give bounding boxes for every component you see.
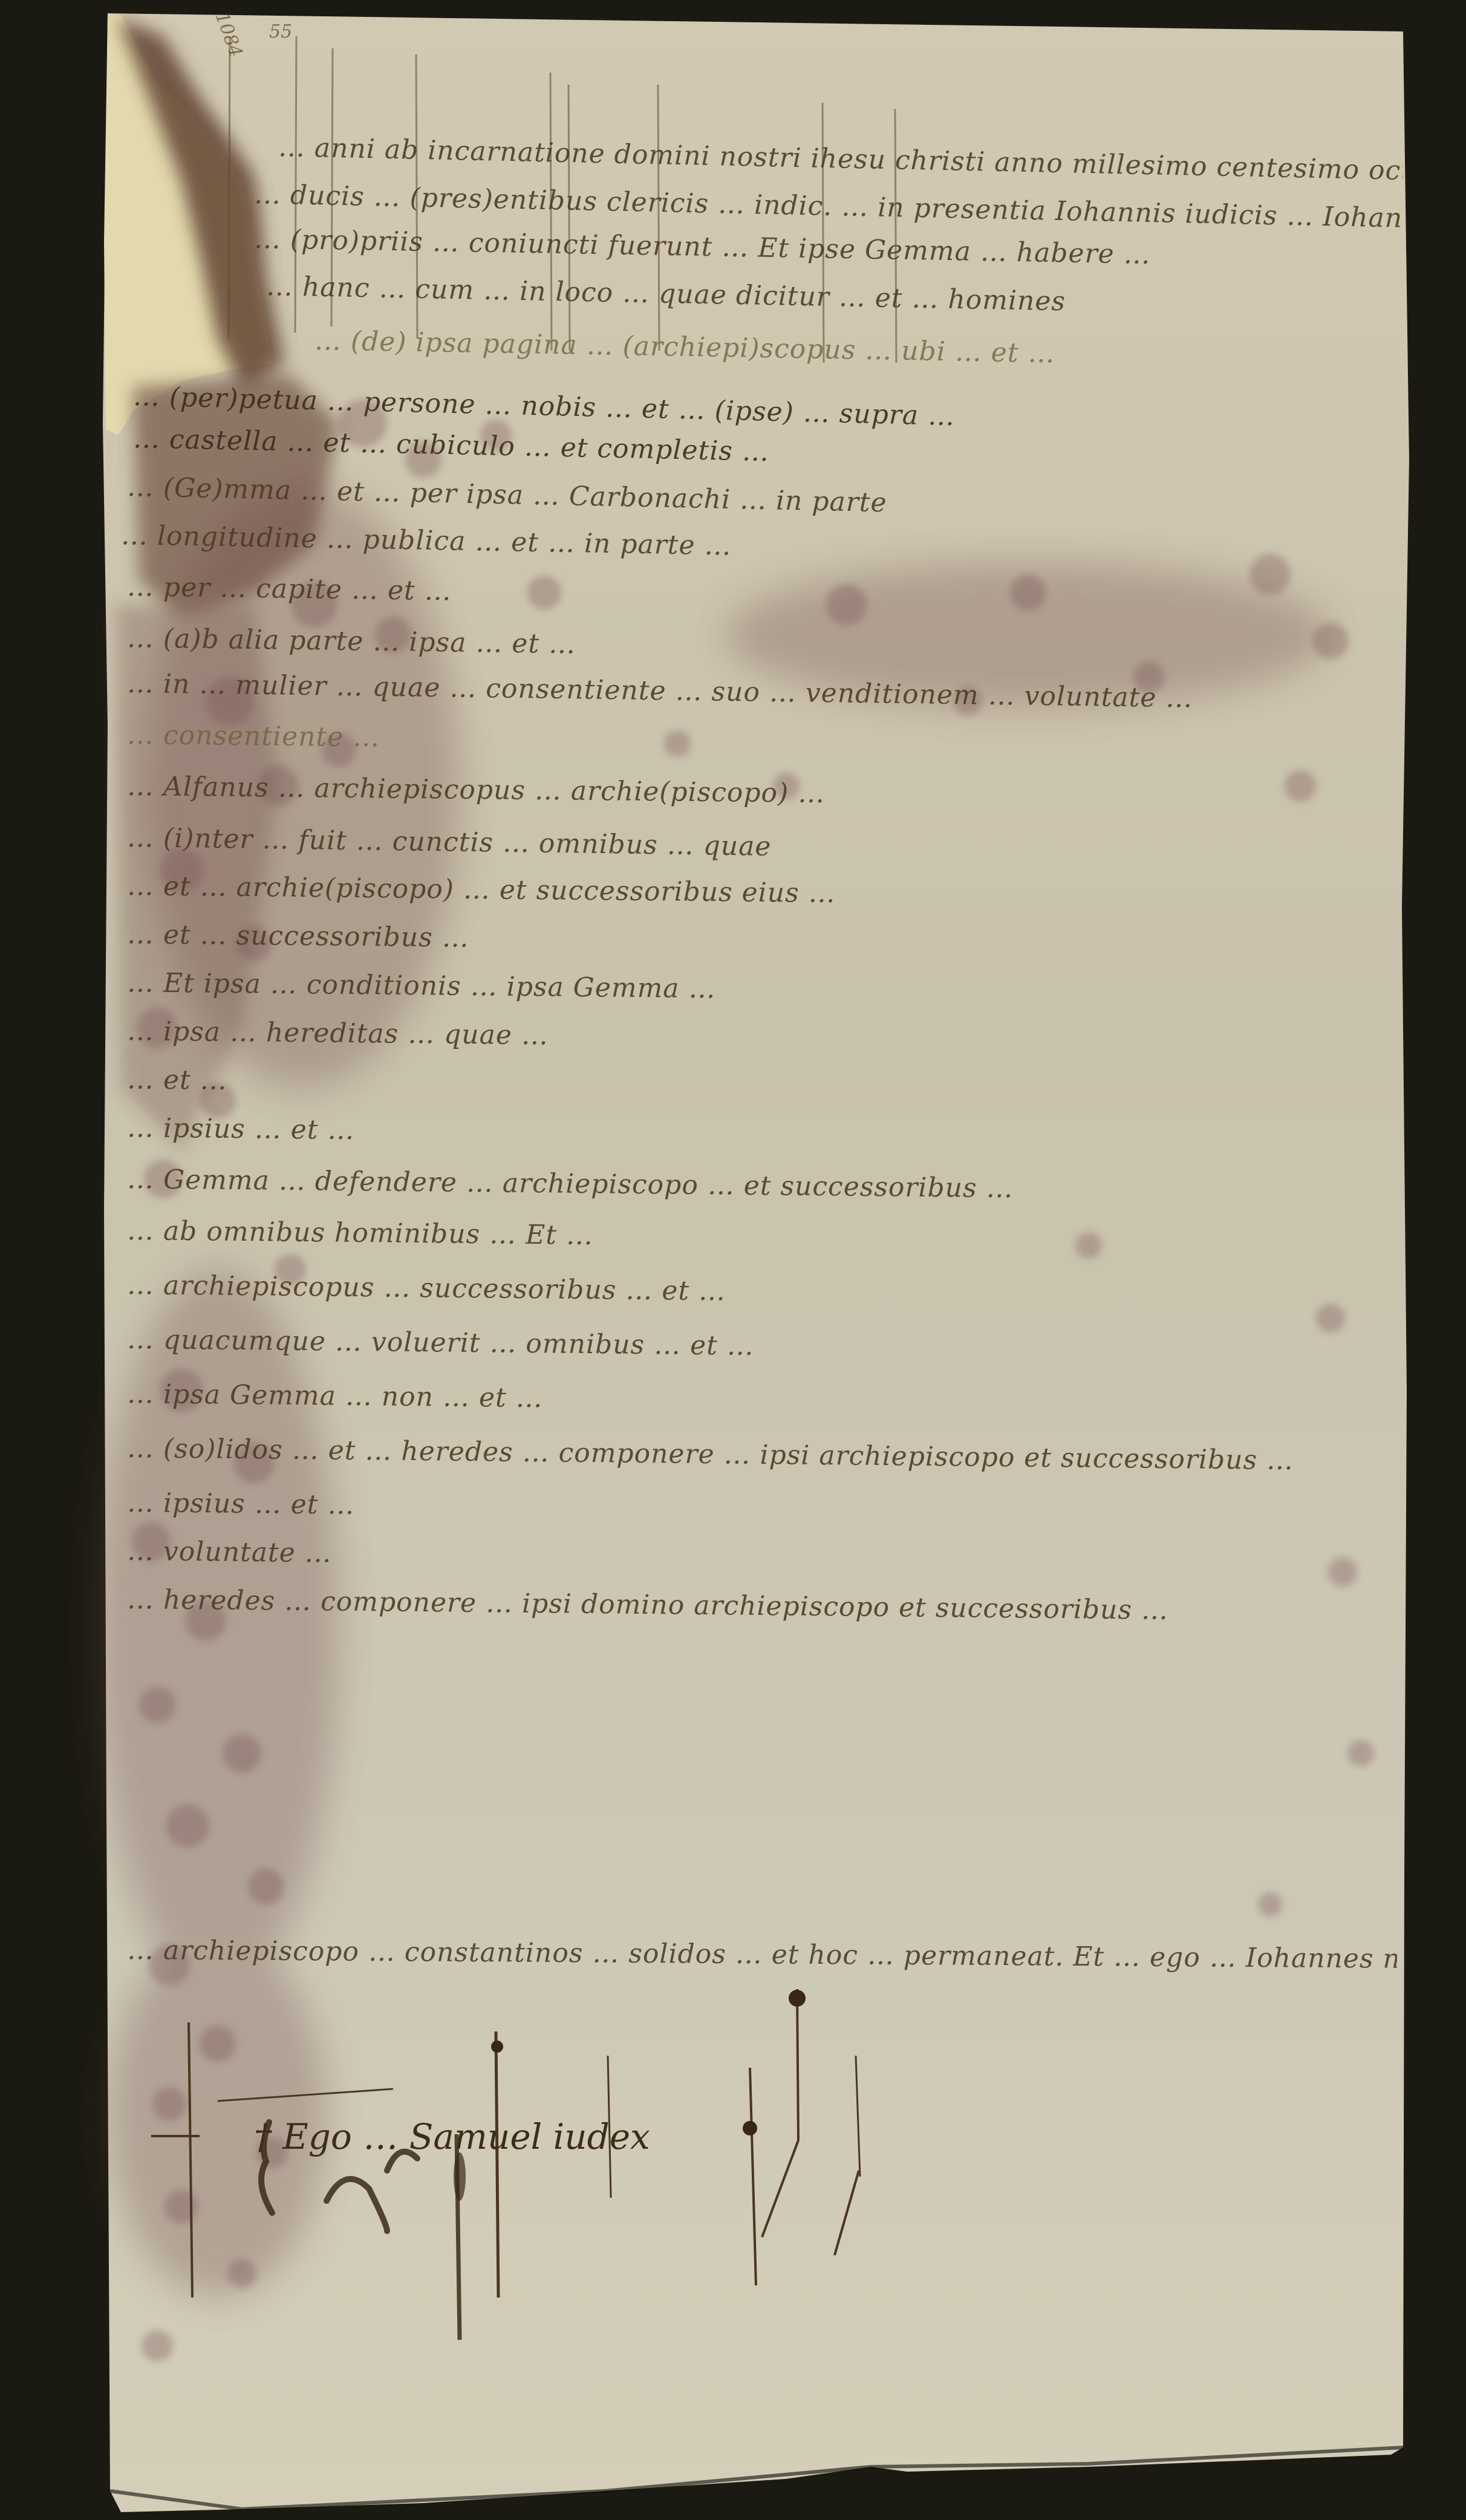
text-line: … ab omnibus hominibus … Et … — [127, 1215, 1397, 1259]
text-line: … ipsius … et … — [127, 1112, 1397, 1157]
text-line: … ipsius … et … — [127, 1487, 1397, 1531]
text-line: … longitudine … publica … et … in parte … — [121, 520, 1398, 573]
text-line: … ipsa Gemma … non … et … — [127, 1379, 1397, 1423]
text-line: … hanc … cum … in loco … quae dicitur … … — [266, 271, 1404, 323]
text-line: … ducis … (pres)entibus clericis … indic… — [253, 179, 1403, 234]
text-line: … consentiente … — [127, 719, 1397, 764]
text-line: … et … successoribus … — [127, 919, 1397, 963]
text-line: … voluntate … — [127, 1536, 1397, 1580]
text-line: … quacumque … voluerit … omnibus … et … — [127, 1324, 1397, 1368]
text-line: … per … capite … et … — [127, 571, 1398, 620]
text-line: … (Ge)mma … et … per ipsa … Carbonachi …… — [126, 472, 1397, 529]
text-line: … (a)b alia parte … ipsa … et … — [127, 623, 1398, 671]
archival-note: 1084 — [211, 10, 247, 60]
text-line: … (pro)priis … coniuncti fuerunt … Et ip… — [254, 224, 1392, 274]
text-line: … archiepiscopus … successoribus … et … — [127, 1270, 1397, 1314]
text-line: … et … — [127, 1064, 1397, 1108]
text-line: … Et ipsa … conditionis … ipsa Gemma … — [127, 967, 1397, 1012]
text-line: … heredes … componere … ipsi domino arch… — [127, 1584, 1397, 1628]
archival-number: 55 — [269, 21, 292, 42]
text-line: … (i)nter … fuit … cunctis … omnibus … q… — [127, 822, 1398, 871]
text-line: … Alfanus … archiepiscopus … archie(pisc… — [127, 771, 1397, 815]
signature-line: † Ego … Samuel iudex — [254, 2116, 650, 2157]
text-line: … anni ab incarnatione domini nostri ihe… — [278, 132, 1403, 186]
text-line: … in … mulier … quae … consentiente … su… — [127, 668, 1398, 716]
text-line: … (so)lidos … et … heredes … componere …… — [127, 1433, 1397, 1477]
text-line: … et … archie(piscopo) … et successoribu… — [127, 871, 1397, 915]
text-line: … Gemma … defendere … archiepiscopo … et… — [127, 1164, 1397, 1208]
text-line: … archiepiscopo … constantinos … solidos… — [127, 1935, 1397, 1975]
text-line: … ipsa … hereditas … quae … — [127, 1016, 1397, 1060]
manuscript-text: 1084 55 … anni ab incarnatione domini no… — [0, 0, 1466, 2520]
text-line: … (de) ipsa pagina … (archiepi)scopus … … — [314, 325, 1404, 375]
